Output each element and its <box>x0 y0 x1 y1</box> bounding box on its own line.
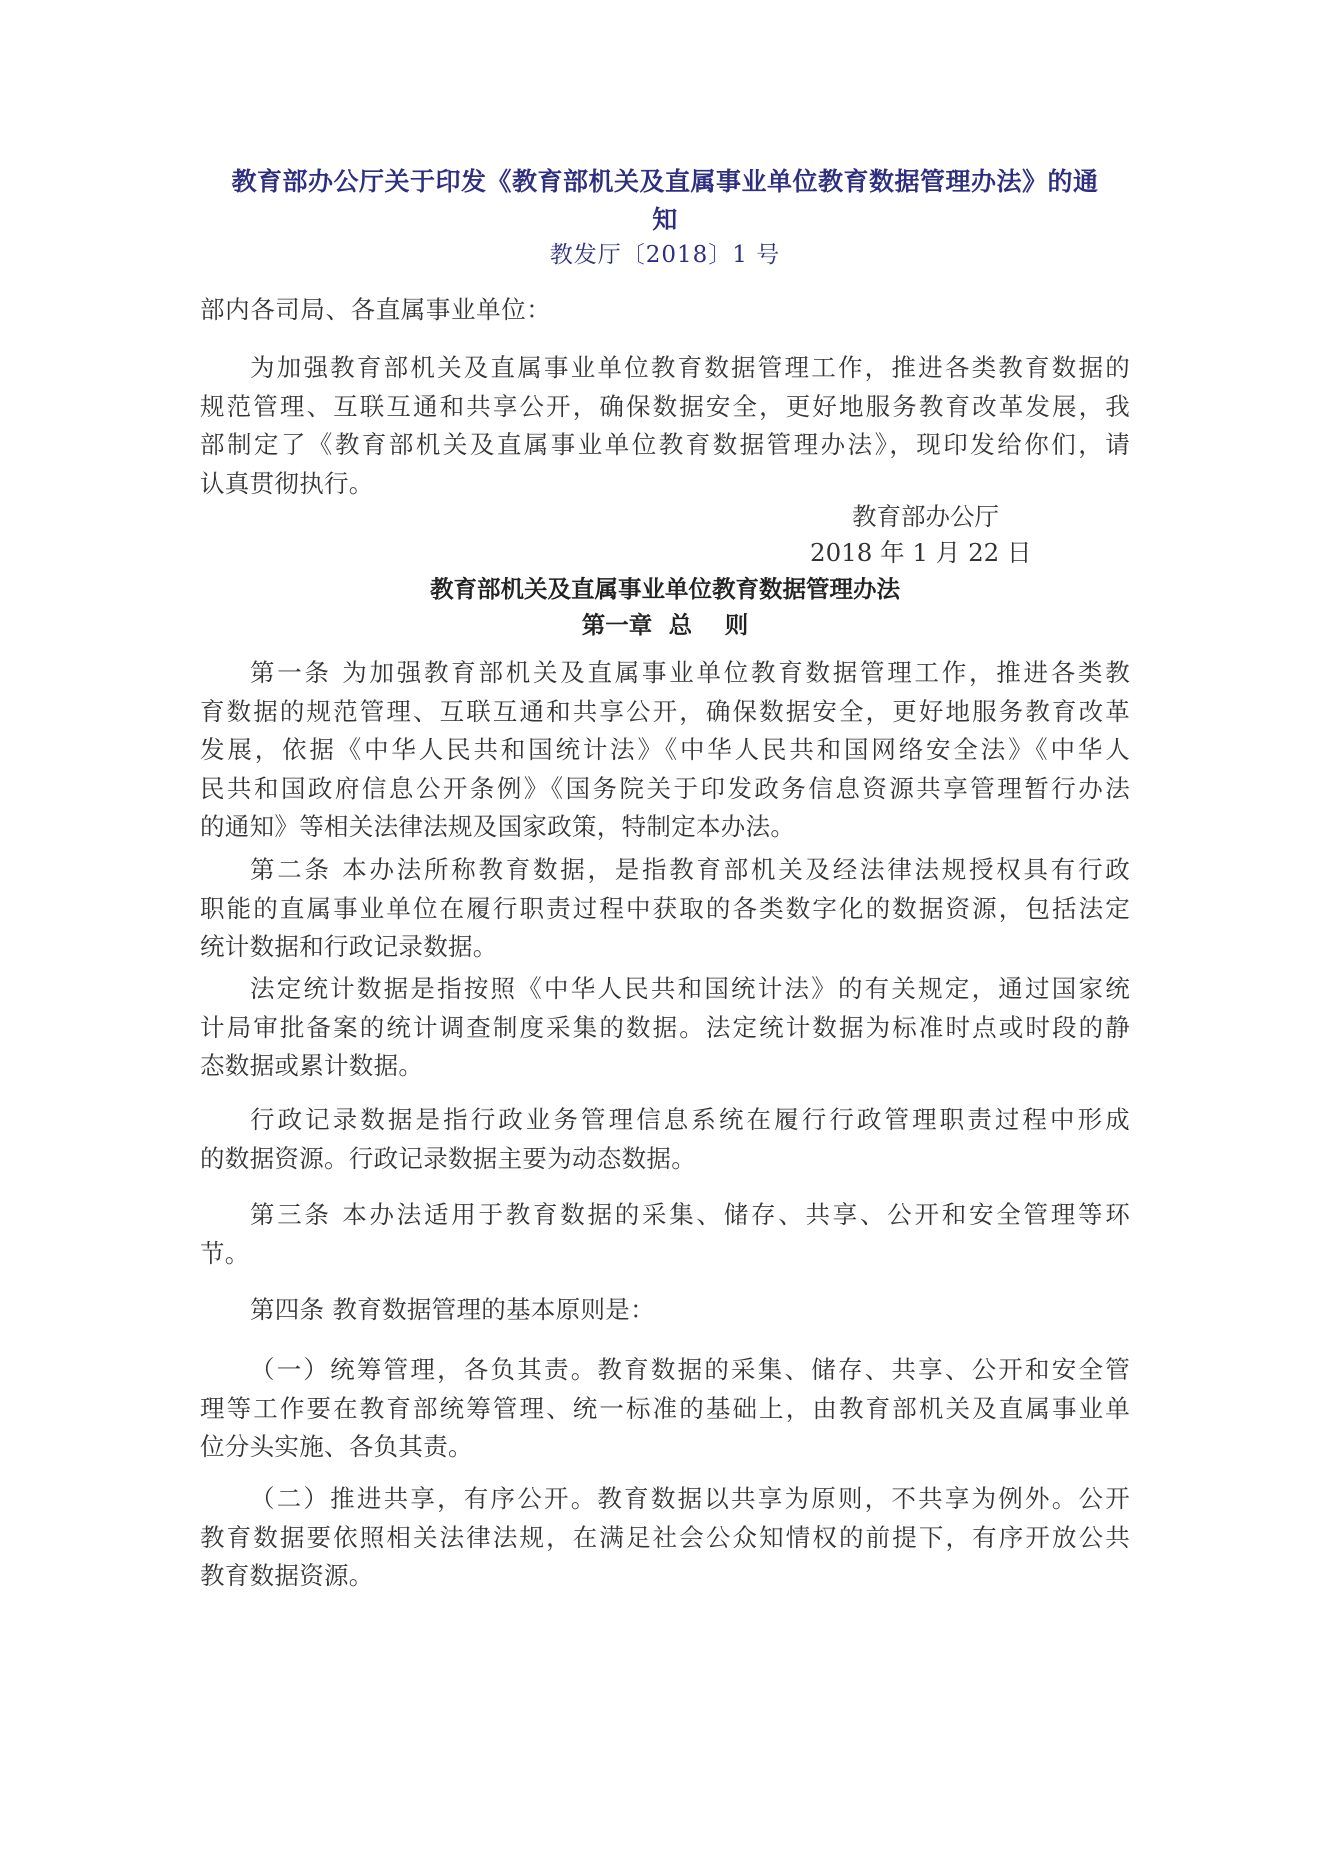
salutation: 部内各司局、各直属事业单位： <box>200 291 1130 329</box>
intro-paragraph: 为加强教育部机关及直属事业单位教育数据管理工作，推进各类教育数据的 规范管理、互… <box>200 349 1130 503</box>
document-number: 教发厅〔2018〕1 号 <box>200 236 1130 269</box>
article-line: 民共和国政府信息公开条例》《国务院关于印发政务信息资源共享管理暂行办法 <box>200 770 1130 809</box>
article-4: 第四条 教育数据管理的基本原则是： <box>200 1291 1130 1330</box>
article-line: 统计数据和行政记录数据。 <box>200 928 1130 967</box>
article-line: 第二条 本办法所称教育数据，是指教育部机关及经法律法规授权具有行政 <box>200 851 1130 890</box>
article-4-item-2: （二）推进共享，有序公开。教育数据以共享为原则，不共享为例外。公开 教育数据要依… <box>200 1480 1130 1596</box>
article-line: 理等工作要在教育部统筹管理、统一标准的基础上，由教育部机关及直属事业单 <box>200 1390 1130 1429</box>
article-line: （一）统筹管理，各负其责。教育数据的采集、储存、共享、公开和安全管 <box>200 1351 1130 1390</box>
article-line: 位分头实施、各负其责。 <box>200 1428 1130 1467</box>
article-line: 育数据的规范管理、互联互通和共享公开，确保数据安全，更好地服务教育改革 <box>200 693 1130 732</box>
intro-line: 部制定了《教育部机关及直属事业单位教育数据管理办法》，现印发给你们，请 <box>200 426 1130 465</box>
intro-line: 规范管理、互联互通和共享公开，确保数据安全，更好地服务教育改革发展，我 <box>200 388 1130 427</box>
article-line: 第三条 本办法适用于教育数据的采集、储存、共享、公开和安全管理等环 <box>200 1196 1130 1235</box>
article-line: 计局审批备案的统计调查制度采集的数据。法定统计数据为标准时点或时段的静 <box>200 1009 1130 1048</box>
signature-issuer: 教育部办公厅 <box>852 498 999 533</box>
article-line: 法定统计数据是指按照《中华人民共和国统计法》的有关规定，通过国家统 <box>200 970 1130 1009</box>
article-2: 第二条 本办法所称教育数据，是指教育部机关及经法律法规授权具有行政 职能的直属事… <box>200 851 1130 967</box>
article-line: 职能的直属事业单位在履行职责过程中获取的各类数字化的数据资源，包括法定 <box>200 890 1130 929</box>
article-line: 第四条 教育数据管理的基本原则是： <box>200 1291 1130 1330</box>
article-line: 的通知》等相关法律法规及国家政策，特制定本办法。 <box>200 808 1130 847</box>
signature-date: 2018 年 1 月 22 日 <box>810 534 1032 569</box>
document-title-line1: 教育部办公厅关于印发《教育部机关及直属事业单位教育数据管理办法》的通 <box>200 162 1130 198</box>
article-2-administrative-data: 行政记录数据是指行政业务管理信息系统在履行行政管理职责过程中形成 的数据资源。行… <box>200 1101 1130 1178</box>
article-2-statistical-data: 法定统计数据是指按照《中华人民共和国统计法》的有关规定，通过国家统 计局审批备案… <box>200 970 1130 1086</box>
document-title-line2: 知 <box>200 200 1130 236</box>
article-1: 第一条 为加强教育部机关及直属事业单位教育数据管理工作，推进各类教 育数据的规范… <box>200 654 1130 847</box>
regulation-title: 教育部机关及直属事业单位教育数据管理办法 <box>200 570 1130 604</box>
article-line: （二）推进共享，有序公开。教育数据以共享为原则，不共享为例外。公开 <box>200 1480 1130 1519</box>
intro-line: 为加强教育部机关及直属事业单位教育数据管理工作，推进各类教育数据的 <box>200 349 1130 388</box>
article-line: 行政记录数据是指行政业务管理信息系统在履行行政管理职责过程中形成 <box>200 1101 1130 1140</box>
article-line: 发展，依据《中华人民共和国统计法》《中华人民共和国网络安全法》《中华人 <box>200 731 1130 770</box>
article-4-item-1: （一）统筹管理，各负其责。教育数据的采集、储存、共享、公开和安全管 理等工作要在… <box>200 1351 1130 1467</box>
article-line: 节。 <box>200 1235 1130 1274</box>
article-line: 第一条 为加强教育部机关及直属事业单位教育数据管理工作，推进各类教 <box>200 654 1130 693</box>
article-line: 态数据或累计数据。 <box>200 1047 1130 1086</box>
article-line: 教育数据资源。 <box>200 1557 1130 1596</box>
chapter-title: 第一章 总 则 <box>200 606 1130 640</box>
article-line: 教育数据要依照相关法律法规，在满足社会公众知情权的前提下，有序开放公共 <box>200 1519 1130 1558</box>
article-line: 的数据资源。行政记录数据主要为动态数据。 <box>200 1140 1130 1179</box>
article-3: 第三条 本办法适用于教育数据的采集、储存、共享、公开和安全管理等环 节。 <box>200 1196 1130 1273</box>
